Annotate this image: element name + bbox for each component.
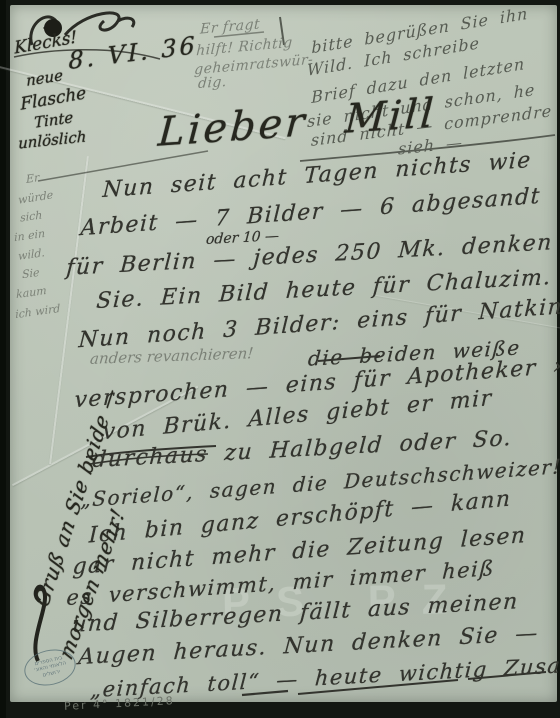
margin-pencil-line: sich [20, 209, 43, 223]
photo-dark-background: PS PZ Kleck [0, 0, 560, 718]
pencil-annotation-line: Er fragt [200, 17, 261, 36]
shelf-mark: Per 4° 1821/28 [64, 694, 175, 713]
salutation: Lieber Mill [157, 93, 438, 153]
pencil-annotation-line: dig. [198, 75, 228, 91]
margin-pencil-line: kaum [16, 285, 47, 300]
corner-note-line: neue [26, 68, 63, 89]
margin-pencil-line: in ein [14, 228, 45, 243]
margin-pencil-line: wild. [18, 247, 45, 262]
margin-pencil-line: Er [26, 172, 40, 185]
margin-pencil-line: würde [18, 189, 53, 206]
letter-date: 8. VI. 36 [68, 33, 198, 73]
corner-note-line: Flasche [20, 85, 87, 114]
letter-paper: PS PZ Kleck [10, 5, 557, 702]
margin-pencil-line: ich wird [15, 303, 60, 320]
corner-note-line: unlöslich [18, 129, 86, 151]
corner-note-line: Tinte [34, 110, 74, 131]
margin-pencil-line: Sie [22, 267, 40, 281]
pencil-insertion: anders revanchieren! [89, 346, 254, 367]
